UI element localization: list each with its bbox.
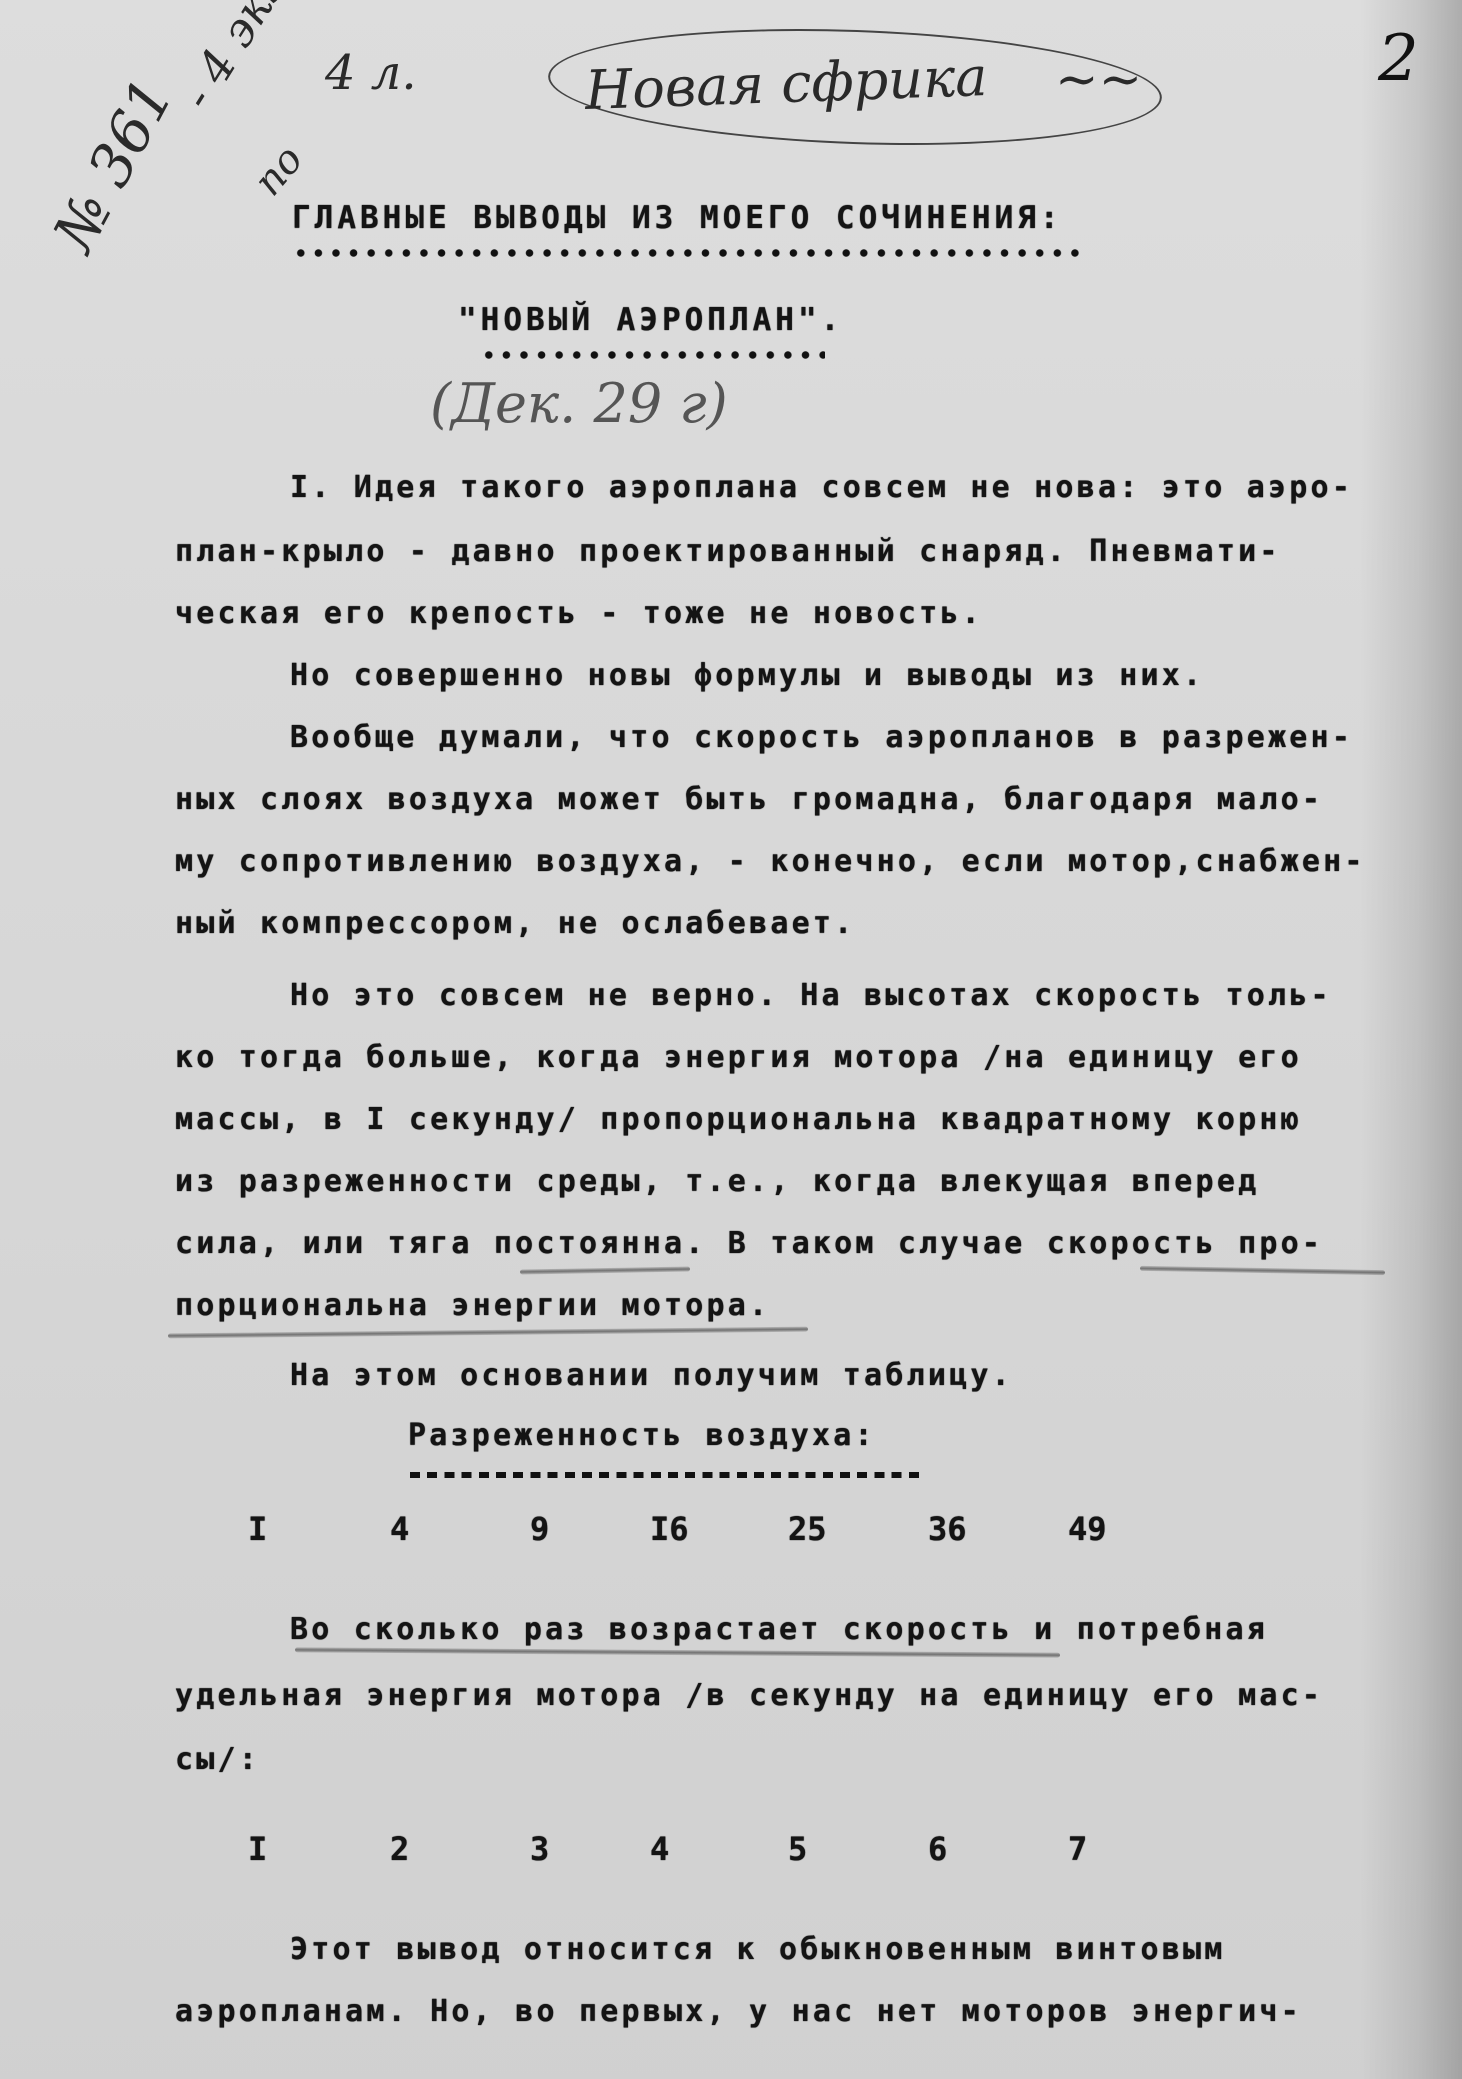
paragraph-1-line-1: I. Идея такого аэроплана совсем не нова:… (290, 470, 1353, 505)
rarefaction-cell: I (248, 1510, 267, 1548)
subheading-underline (480, 350, 825, 360)
paragraph-3-line-3: му сопротивлению воздуха, - конечно, есл… (175, 844, 1366, 879)
paragraph-4-line-6: порциональна энергии мотора. (175, 1288, 770, 1323)
document-page: № 361 - 4 экз по 4 л. Новая сфрика ~~ 2 … (0, 0, 1462, 2079)
paragraph-4-line-2: ко тогда больше, когда энергия мотора /н… (175, 1040, 1302, 1075)
increase-cell: 7 (1068, 1830, 1087, 1868)
document-heading: ГЛАВНЫЕ ВЫВОДЫ ИЗ МОЕГО СОЧИНЕНИЯ: (292, 200, 1063, 236)
pencil-underline-vo-skolko (295, 1647, 1060, 1657)
paragraph-2-line-1: Но совершенно новы формулы и выводы из н… (290, 658, 1204, 693)
increase-cell: I (248, 1830, 267, 1868)
paragraph-5-line-1: На этом основании получим таблицу. (290, 1358, 1013, 1393)
archive-number-annotation: № 361 (40, 68, 186, 262)
rarefaction-cell: I6 (650, 1510, 689, 1548)
archive-note-copies: - 4 экз (170, 0, 297, 119)
rarefaction-cell: 36 (928, 1510, 967, 1548)
paragraph-3-line-2: ных слоях воздуха может быть громадна, б… (175, 782, 1323, 817)
date-annotation: (Дек. 29 г) (430, 372, 728, 435)
document-subheading: "НОВЫЙ АЭРОПЛАН". (458, 302, 843, 338)
paragraph-4-line-4: из разреженности среды, т.е., когда влек… (175, 1164, 1259, 1199)
archive-note-po: по (245, 137, 312, 205)
rarefaction-cell: 49 (1068, 1510, 1107, 1548)
paragraph-6-line-3: сы/: (175, 1742, 260, 1777)
table-title-rarefaction: Разреженность воздуха: (408, 1418, 876, 1453)
paragraph-4-line-1: Но это совсем не верно. На высотах скоро… (290, 978, 1332, 1013)
rarefaction-cell: 9 (530, 1510, 549, 1548)
increase-cell: 3 (530, 1830, 549, 1868)
rarefaction-cell: 4 (390, 1510, 409, 1548)
pencil-underline-skorost (1140, 1266, 1385, 1275)
page-number: 2 (1378, 22, 1419, 96)
table-title-underline (410, 1472, 920, 1478)
increase-cell: 4 (650, 1830, 669, 1868)
paragraph-6-line-2: удельная энергия мотора /в секунду на ед… (175, 1678, 1323, 1713)
increase-cell: 5 (788, 1830, 807, 1868)
increase-cell: 6 (928, 1830, 947, 1868)
rarefaction-cell: 25 (788, 1510, 827, 1548)
pencil-underline-postoyanna (520, 1267, 690, 1275)
paragraph-1-line-3: ческая его крепость - тоже не новость. (175, 596, 983, 631)
paragraph-3-line-1: Вообще думали, что скорость аэропланов в… (290, 720, 1353, 755)
increase-cell: 2 (390, 1830, 409, 1868)
paragraph-1-line-2: план-крыло - давно проектированный снаря… (175, 534, 1281, 569)
archive-note-sheets: 4 л. (325, 45, 417, 101)
tilde-squiggle-icon: ~~ (1055, 50, 1142, 110)
paragraph-4-line-5: сила, или тяга постоянна. В таком случае… (175, 1226, 1323, 1261)
heading-underline (292, 248, 1084, 258)
paragraph-7-line-2: аэропланам. Но, во первых, у нас нет мот… (175, 1994, 1302, 2029)
paragraph-6-line-1: Во сколько раз возрастает скорость и пот… (290, 1612, 1268, 1647)
paragraph-3-line-4: ный компрессором, не ослабевает. (175, 906, 855, 941)
paragraph-4-line-3: массы, в I секунду/ пропорциональна квад… (175, 1102, 1302, 1137)
pencil-underline-energy (168, 1327, 808, 1339)
paragraph-7-line-1: Этот вывод относится к обыкновенным винт… (290, 1932, 1226, 1967)
